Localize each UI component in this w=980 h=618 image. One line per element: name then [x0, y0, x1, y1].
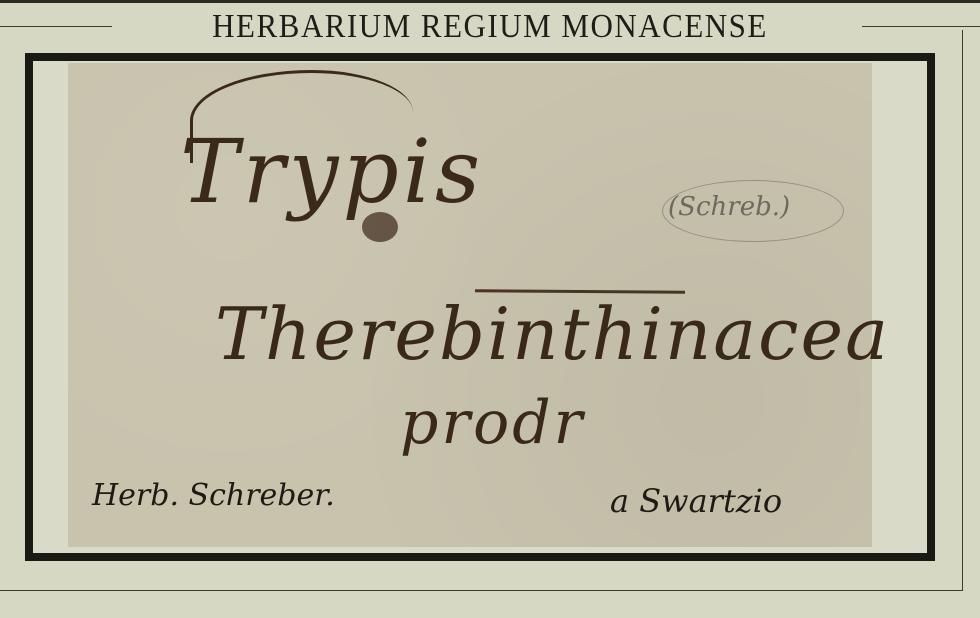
attribution: a Swartzio — [610, 482, 782, 520]
reference-abbrev: prodr — [400, 388, 585, 458]
herbarium-sheet: HERBARIUM REGIUM MONACENSE Trypis (Schre… — [0, 0, 980, 618]
top-border — [0, 0, 980, 3]
pencil-annotation: (Schreb.) — [668, 192, 790, 222]
collection-name: Herb. Schreber. — [92, 478, 335, 513]
genus-name: Trypis — [180, 120, 484, 223]
family-name: Therebinthinacea — [215, 292, 890, 376]
